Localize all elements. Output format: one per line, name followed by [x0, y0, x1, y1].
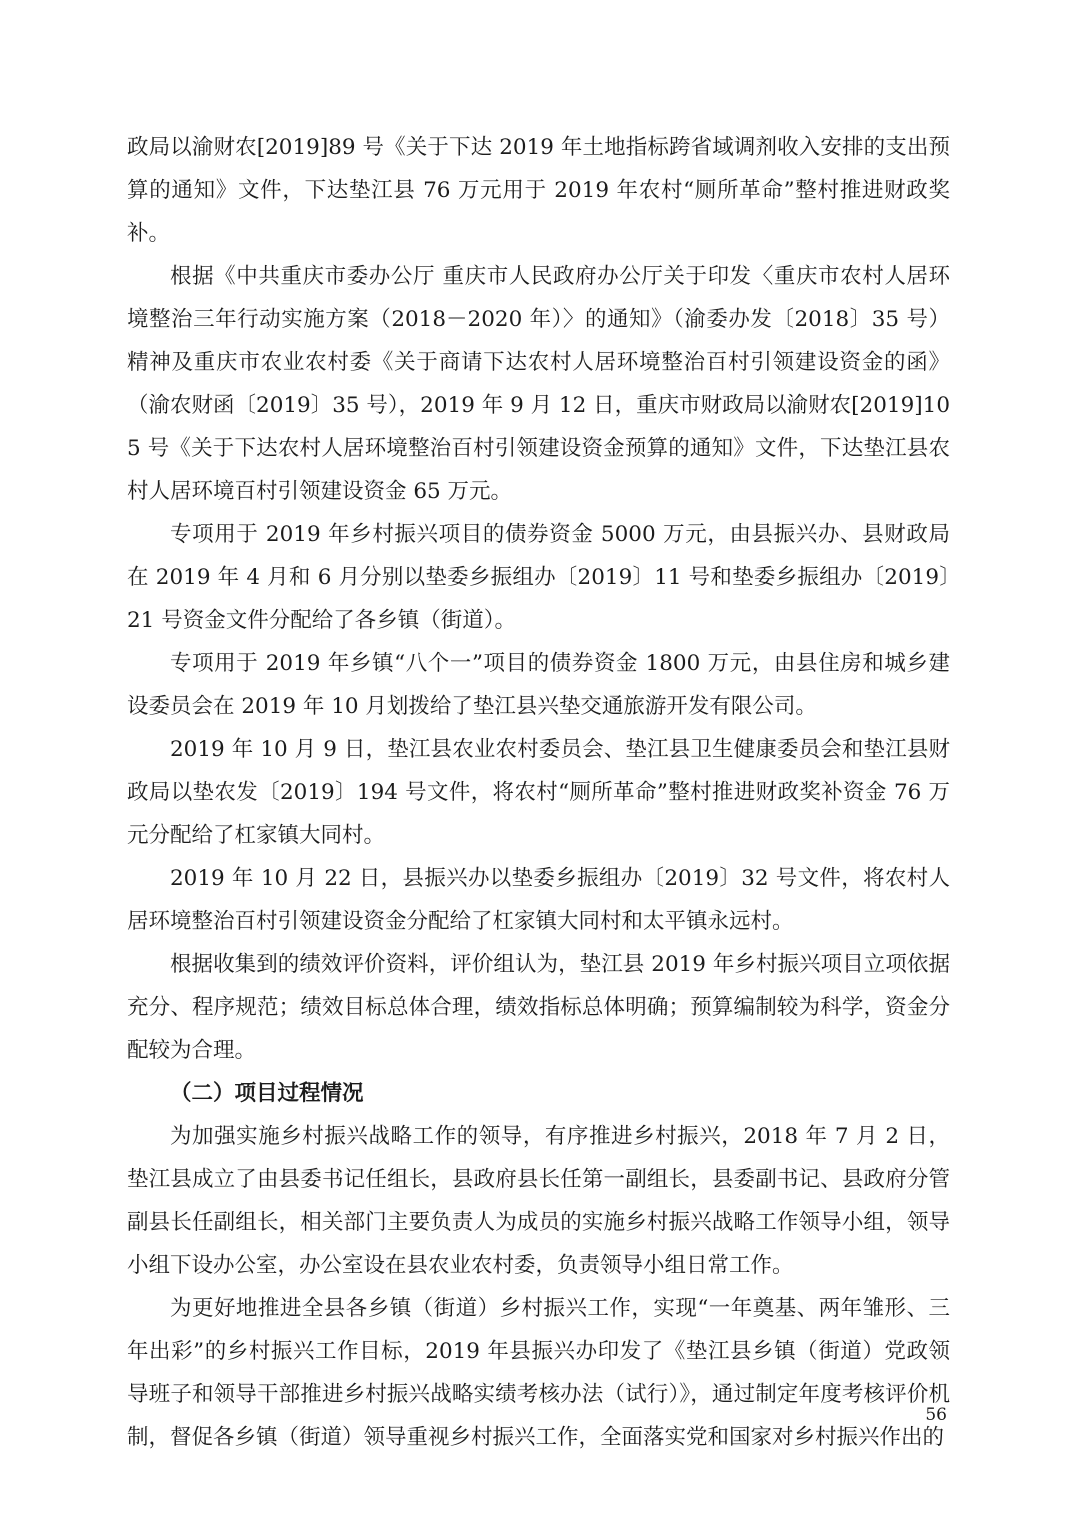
- paragraph: 专项用于 2019 年乡村振兴项目的债券资金 5000 万元，由县振兴办、县财政…: [127, 513, 950, 642]
- paragraph: 2019 年 10 月 9 日，垫江县农业农村委员会、垫江县卫生健康委员会和垫江…: [127, 728, 950, 857]
- paragraph: 政局以渝财农[2019]89 号《关于下达 2019 年土地指标跨省域调剂收入安…: [127, 126, 950, 255]
- paragraph: 为更好地推进全县各乡镇（街道）乡村振兴工作，实现“一年奠基、两年雏形、三年出彩”…: [127, 1287, 950, 1459]
- page-number: 56: [925, 1402, 947, 1428]
- paragraph: 2019 年 10 月 22 日，县振兴办以垫委乡振组办〔2019〕32 号文件…: [127, 857, 950, 943]
- paragraph: 专项用于 2019 年乡镇“八个一”项目的债券资金 1800 万元，由县住房和城…: [127, 642, 950, 728]
- document-page: 政局以渝财农[2019]89 号《关于下达 2019 年土地指标跨省域调剂收入安…: [0, 0, 1074, 1520]
- paragraph: 为加强实施乡村振兴战略工作的领导，有序推进乡村振兴，2018 年 7 月 2 日…: [127, 1115, 950, 1287]
- document-body: 政局以渝财农[2019]89 号《关于下达 2019 年土地指标跨省域调剂收入安…: [127, 126, 950, 1459]
- section-heading: （二）项目过程情况: [127, 1072, 950, 1115]
- paragraph: 根据收集到的绩效评价资料，评价组认为，垫江县 2019 年乡村振兴项目立项依据充…: [127, 943, 950, 1072]
- paragraph: 根据《中共重庆市委办公厅 重庆市人民政府办公厅关于印发〈重庆市农村人居环境整治三…: [127, 255, 950, 513]
